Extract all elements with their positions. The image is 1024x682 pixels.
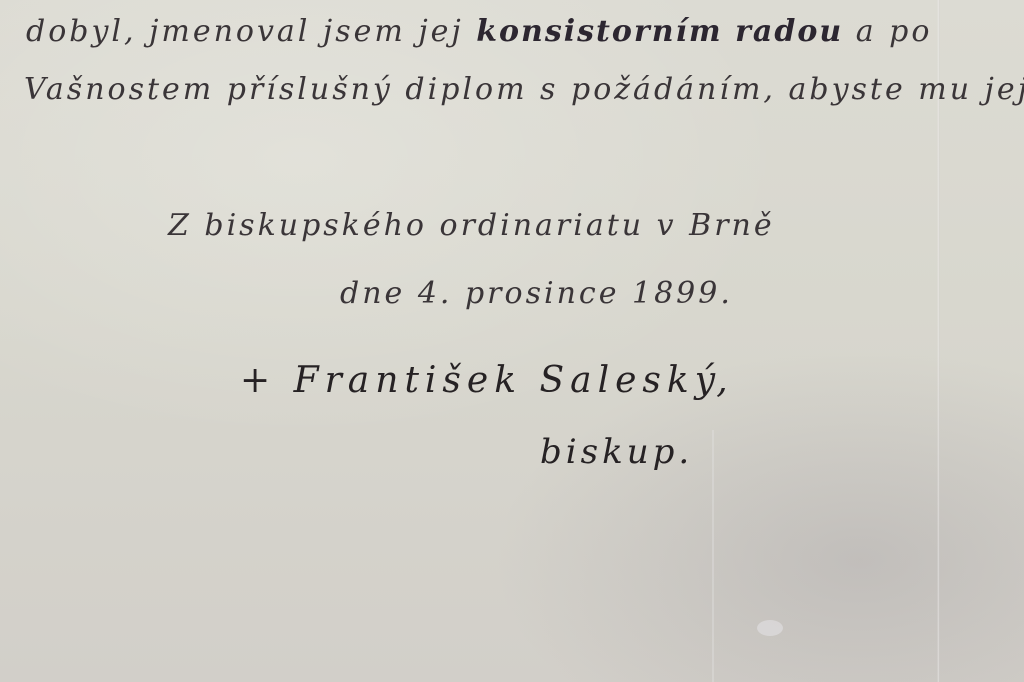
line1-emphasis: konsistorním radou bbox=[476, 14, 843, 49]
signature-title: biskup. bbox=[540, 432, 693, 472]
letter-date-line: dne 4. prosince 1899. bbox=[340, 276, 733, 311]
paper-fold-crease-lower bbox=[712, 430, 714, 682]
line1-start: dobyl, jmenoval jsem jej bbox=[26, 14, 476, 49]
letter-line-2: Vašnostem příslušný diplom s požádáním, … bbox=[24, 72, 1024, 107]
letter-line-1: dobyl, jmenoval jsem jej konsistorním ra… bbox=[26, 14, 932, 49]
paper-scuff-mark bbox=[757, 620, 783, 636]
letter-place-line: Z biskupského ordinariatu v Brně bbox=[168, 208, 775, 243]
line1-end: a po bbox=[843, 14, 932, 49]
signature-name: + František Saleský, bbox=[240, 360, 734, 401]
